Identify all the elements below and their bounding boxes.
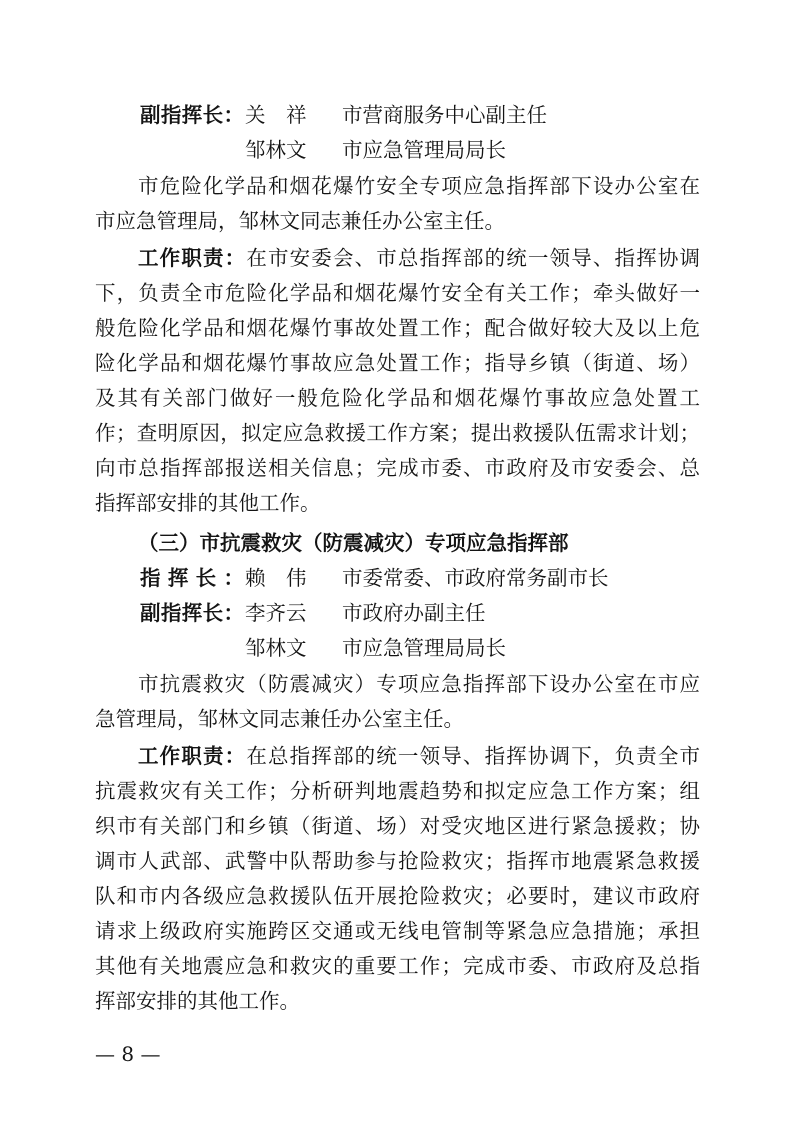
commander-row: 指挥长： 赖 伟 市委常委、市政府常务副市长 — [95, 561, 700, 596]
duties-paragraph-line: 其他有关地震应急和救灾的重要工作；完成市委、市政府及总指 — [95, 949, 700, 984]
member-title: 市委常委、市政府常务副市长 — [342, 561, 609, 596]
duties-paragraph-line: 调市人武部、武警中队帮助参与抢险救灾；指挥市地震紧急救援 — [95, 844, 700, 879]
duties-label: 工作职责： — [138, 744, 246, 768]
office-paragraph-line: 急管理局，邹林文同志兼任办公室主任。 — [95, 702, 700, 737]
member-name: 李齐云 — [245, 596, 307, 631]
duties-paragraph-first-line: 工作职责：在市安委会、市总指挥部的统一领导、指挥协调 — [95, 241, 700, 276]
office-paragraph-line: 市危险化学品和烟花爆竹安全专项应急指挥部下设办公室在 — [95, 169, 700, 204]
duties-paragraph-line: 作；查明原因，拟定应急救援工作方案；提出救援队伍需求计划； — [95, 416, 700, 451]
member-name: 邹林文 — [245, 133, 307, 168]
deputy-commander-label: 副指挥长： — [140, 98, 244, 133]
deputy-commander-row: 副指挥长： 关 祥 市营商服务中心副主任 — [95, 98, 700, 133]
member-title: 市营商服务中心副主任 — [342, 98, 547, 133]
duties-paragraph-line: 指挥部安排的其他工作。 — [95, 486, 700, 521]
deputy-commander-row: 邹林文 市应急管理局局长 — [95, 631, 700, 666]
member-name: 邹林文 — [245, 631, 307, 666]
duties-paragraph-line: 抗震救灾有关工作；分析研判地震趋势和拟定应急工作方案；组 — [95, 774, 700, 809]
office-paragraph-line: 市抗震救灾（防震减灾）专项应急指挥部下设办公室在市应 — [95, 667, 700, 702]
commander-label: 指挥长： — [140, 561, 244, 596]
member-title: 市应急管理局局长 — [342, 133, 506, 168]
duties-paragraph-line: 织市有关部门和乡镇（街道、场）对受灾地区进行紧急援救；协 — [95, 809, 700, 844]
deputy-commander-row: 邹林文 市应急管理局局长 — [95, 133, 700, 168]
duties-paragraph-line: 及其有关部门做好一般危险化学品和烟花爆竹事故应急处置工 — [95, 381, 700, 416]
duties-paragraph-line: 队和市内各级应急救援队伍开展抢险救灾；必要时，建议市政府 — [95, 879, 700, 914]
duties-text: 在市安委会、市总指挥部的统一领导、指挥协调 — [246, 246, 700, 270]
section-heading: （三）市抗震救灾（防震减灾）专项应急指挥部 — [95, 526, 700, 561]
duties-text: 在总指挥部的统一领导、指挥协调下，负责全市 — [246, 744, 700, 768]
duties-paragraph-line: 下，负责全市危险化学品和烟花爆竹安全有关工作；牵头做好一 — [95, 276, 700, 311]
office-paragraph-line: 市应急管理局，邹林文同志兼任办公室主任。 — [95, 204, 700, 239]
duties-paragraph-line: 挥部安排的其他工作。 — [95, 984, 700, 1019]
document-page-body: 副指挥长： 关 祥 市营商服务中心副主任 邹林文 市应急管理局局长 市危险化学品… — [95, 98, 700, 1019]
duties-paragraph-line: 向市总指挥部报送相关信息；完成市委、市政府及市安委会、总 — [95, 451, 700, 486]
member-name: 关 祥 — [245, 98, 307, 133]
member-name: 赖 伟 — [245, 561, 307, 596]
member-title: 市政府办副主任 — [342, 596, 486, 631]
deputy-commander-row: 副指挥长： 李齐云 市政府办副主任 — [95, 596, 700, 631]
duties-paragraph-line: 险化学品和烟花爆竹事故应急处置工作；指导乡镇（街道、场） — [95, 346, 700, 381]
deputy-commander-label: 副指挥长： — [140, 596, 244, 631]
page-number: — 8 — — [95, 1040, 160, 1068]
duties-paragraph-first-line: 工作职责：在总指挥部的统一领导、指挥协调下，负责全市 — [95, 739, 700, 774]
duties-paragraph-line: 般危险化学品和烟花爆竹事故处置工作；配合做好较大及以上危 — [95, 311, 700, 346]
duties-label: 工作职责： — [138, 246, 246, 270]
member-title: 市应急管理局局长 — [342, 631, 506, 666]
duties-paragraph-line: 请求上级政府实施跨区交通或无线电管制等紧急应急措施；承担 — [95, 914, 700, 949]
